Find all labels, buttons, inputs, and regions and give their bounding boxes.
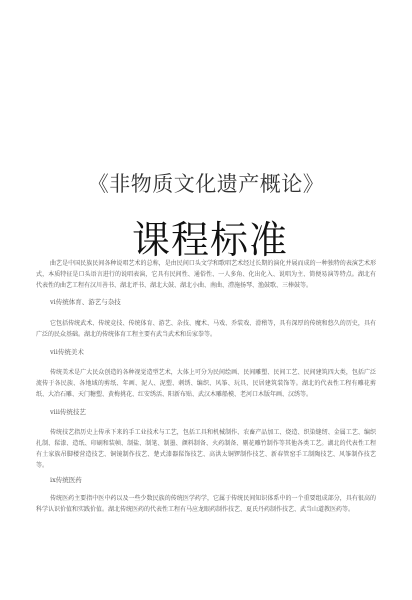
section-heading-viii: viii传统技艺	[50, 407, 86, 417]
section-body-vi-block: 它包括传统武术、传统竞技、传统体育、游艺、杂技、魔术、马戏、乔装戏、滑稽等，具有…	[36, 318, 376, 340]
intro-paragraph-block: 曲艺是中国民族民间各种说唱艺术的总称，是由民间口头文学和歌唱艺术经过长期的演化并…	[36, 258, 376, 291]
section-heading-ix: ix传统医药	[50, 475, 82, 485]
section-body-ix-block: 传统医药主要指中医中药以及一些少数民族的传统医学药学，它属于传统民间知识体系中的…	[36, 493, 376, 515]
section-body-ix: 传统医药主要指中医中药以及一些少数民族的传统医学药学，它属于传统民间知识体系中的…	[36, 493, 376, 515]
section-heading-vii: vii传统美术	[50, 347, 84, 357]
section-body-vii-block: 传统美术是广大民众创造的各种视觉造型艺术，大体上可分为民间绘画、民间雕塑、民间工…	[36, 367, 376, 400]
section-body-viii-block: 传统技艺指历史上传承下来的手工业技术与工艺，包括工具和机械制作、农畜产品加工、烧…	[36, 427, 376, 471]
section-body-viii: 传统技艺指历史上传承下来的手工业技术与工艺，包括工具和机械制作、农畜产品加工、烧…	[36, 427, 376, 471]
main-title: 课程标准	[0, 209, 412, 264]
section-body-vi: 它包括传统武术、传统竞技、传统体育、游艺、杂技、魔术、马戏、乔装戏、滑稽等，具有…	[36, 318, 376, 340]
document-page: 《非物质文化遗产概论》 课程标准 曲艺是中国民族民间各种说唱艺术的总称，是由民间…	[0, 0, 412, 600]
section-body-vii: 传统美术是广大民众创造的各种视觉造型艺术，大体上可分为民间绘画、民间雕塑、民间工…	[36, 367, 376, 400]
book-title: 《非物质文化遗产概论》	[0, 168, 412, 198]
intro-paragraph: 曲艺是中国民族民间各种说唱艺术的总称，是由民间口头文学和歌唱艺术经过长期的演化并…	[36, 258, 376, 291]
section-heading-vi: vi传统体育、游艺与杂技	[50, 297, 121, 307]
